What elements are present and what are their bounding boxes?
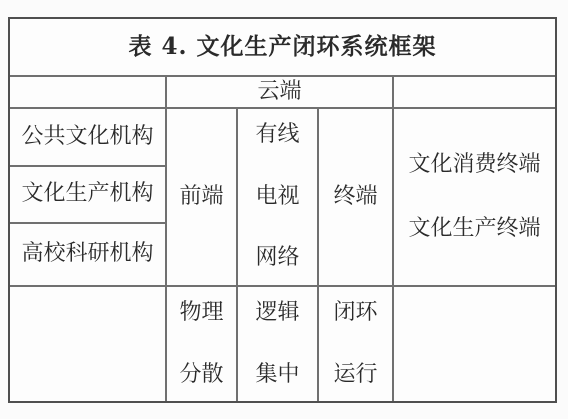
closed-loop-operation-cell: 闭环 运行	[319, 287, 394, 401]
table-caption: 表 4. 文化生产闭环系统框架	[10, 19, 555, 77]
production-terminal-line: 文化生产终端	[408, 216, 540, 242]
terminal-cell: 终端	[319, 109, 394, 287]
cable-tv-network-line-2: 电视	[255, 184, 299, 210]
cloud-header-cell: 云端	[167, 77, 394, 109]
physical-line-2: 分散	[179, 362, 223, 388]
cable-tv-network-line-1: 有线	[255, 122, 299, 148]
org-cell-public-culture: 公共文化机构	[10, 109, 167, 167]
org-cell-university-research: 高校科研机构	[10, 224, 167, 287]
closed-loop-line-1: 闭环	[333, 300, 377, 326]
header-empty-left-cell	[10, 77, 167, 109]
physical-dispersed-cell: 物理 分散	[167, 287, 238, 401]
consumption-terminal-line: 文化消费终端	[408, 152, 540, 178]
logical-line-1: 逻辑	[255, 300, 299, 326]
closed-loop-system-table: 表 4. 文化生产闭环系统框架 云端 公共文化机构 文化生产机构 高校科研机构 …	[8, 17, 557, 403]
bottom-empty-right-cell	[394, 287, 555, 401]
cable-tv-network-line-3: 网络	[255, 245, 299, 271]
logical-line-2: 集中	[255, 362, 299, 388]
header-empty-right-cell	[394, 77, 555, 109]
page: 表 4. 文化生产闭环系统框架 云端 公共文化机构 文化生产机构 高校科研机构 …	[0, 0, 568, 419]
terminals-cell: 文化消费终端 文化生产终端	[394, 109, 555, 287]
front-end-cell: 前端	[167, 109, 238, 287]
cable-tv-network-cell: 有线 电视 网络	[238, 109, 319, 287]
physical-line-1: 物理	[179, 300, 223, 326]
bottom-empty-left-cell	[10, 287, 167, 401]
logical-centralized-cell: 逻辑 集中	[238, 287, 319, 401]
closed-loop-line-2: 运行	[333, 362, 377, 388]
org-cell-culture-production: 文化生产机构	[10, 167, 167, 224]
